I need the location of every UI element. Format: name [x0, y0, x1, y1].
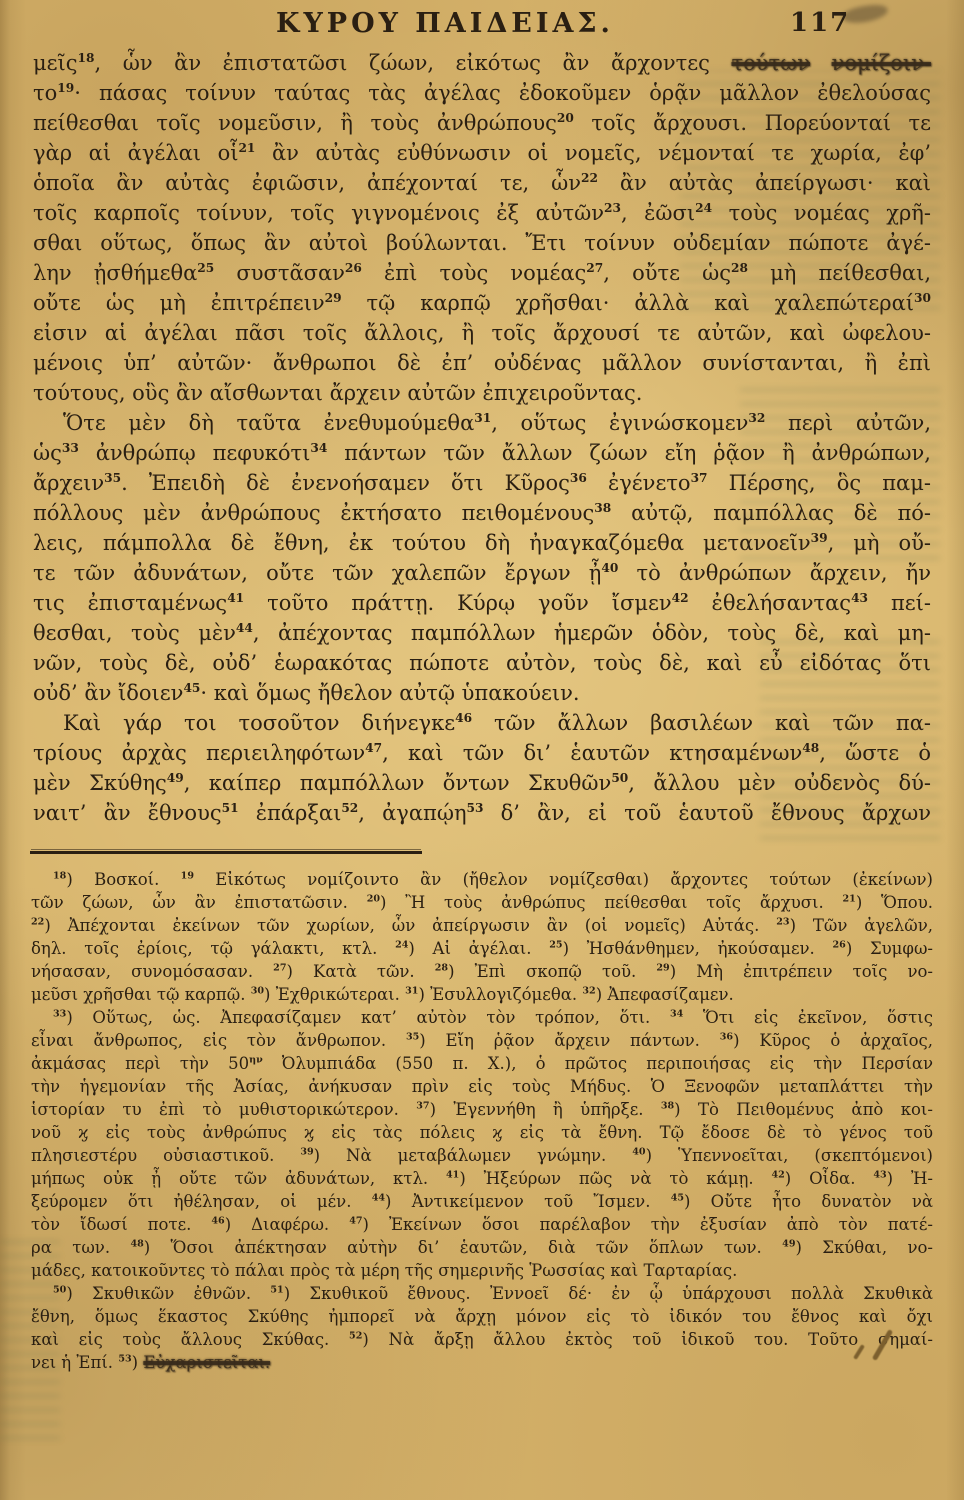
footnote-ref: 41: [227, 591, 244, 605]
text-line: ἄρχειν35. Ἐπειδὴ δὲ ἐνενοήσαμεν ὅτι Κῦρο…: [33, 468, 931, 498]
text-line: Ὅτε μὲν δὴ ταῦτα ἐνεθυμούμεθα31, οὕτως ἐ…: [33, 408, 931, 438]
footnote-ref: 30: [914, 291, 931, 305]
page-title: ΚΥΡΟΥ ΠΑΙΔΕΙΑΣ.: [0, 8, 890, 39]
footnote-ref: 26: [833, 940, 846, 951]
footnote-ref: 30: [251, 986, 264, 997]
struck-out-text: Εὐχαριστεῖται.: [143, 1353, 270, 1372]
footnote-ref: 29: [656, 963, 669, 974]
text-line: σθαι οὕτως, ὅπως ἂν αὐτοὶ βούλωνται. Ἔτι…: [33, 228, 931, 258]
paragraph: Καὶ γάρ τοι τοσοῦτον διήνεγκε46 τῶν ἄλλω…: [33, 708, 931, 828]
text-line: το19· πάσας τοίνυν ταύτας τὰς ἀγέλας ἐδο…: [33, 78, 931, 108]
footnote-ref: 24: [695, 201, 712, 215]
footnote-ref: 40: [601, 561, 618, 575]
footnote-ref: 50: [53, 1285, 66, 1296]
text-line: οὐδ’ ἂν ἴδοιεν45· καὶ ὅμως ἤθελον αὐτῷ ὑ…: [33, 678, 931, 708]
text-line: τὸν ἴδωσί ποτε. 46) Διαφέρω. 47) Ἐκείνων…: [31, 1213, 933, 1236]
footnote-ref: 19: [57, 81, 74, 95]
footnote-ref: 43: [851, 591, 868, 605]
text-line: νῶν, τοὺς δὲ, οὐδ’ ἑωρακότας πώποτε αὐτὸ…: [33, 648, 931, 678]
text-line: λεις, πάμπολλα δὲ ἔθνη, ἐκ τούτου δὴ ἠνα…: [33, 528, 931, 558]
footnote-ref: 44: [236, 621, 253, 635]
footnote-ref: 38: [594, 501, 611, 515]
paragraph: 33) Οὕτως, ὡς. Ἀπεφασίζαμεν κατ’ αὐτὸν τ…: [31, 1006, 933, 1282]
footnote-ref: 25: [197, 261, 214, 275]
text-line: τούτους, οὓς ἂν αἴσθωνται ἄρχειν αὐτῶν ἐ…: [33, 378, 931, 408]
footnote-ref: 22: [581, 171, 598, 185]
footnote-ref: 25: [549, 940, 562, 951]
footnote-ref: 38: [661, 1101, 674, 1112]
footnote-ref: 51: [270, 1285, 283, 1296]
paragraph: Ὅτε μὲν δὴ ταῦτα ἐνεθυμούμεθα31, οὕτως ἐ…: [33, 408, 931, 708]
footnote-ref: 34: [670, 1009, 683, 1020]
footnote-ref: 31: [474, 411, 491, 425]
footnote-ref: 20: [557, 111, 574, 125]
footnote-ref: 32: [582, 986, 595, 997]
footnote-ref: 34: [310, 441, 327, 455]
footnote-ref: 21: [843, 894, 856, 905]
text-line: τε τῶν ἀδυνάτων, οὔτε τῶν χαλεπῶν ἔργων …: [33, 558, 931, 588]
footnote-ref: 23: [776, 917, 789, 928]
footnote-ref: 36: [720, 1032, 733, 1043]
footnote-ref: 28: [731, 261, 748, 275]
footnote-ref: 32: [748, 411, 765, 425]
footnote-ref: 31: [405, 986, 418, 997]
text-line: εἶναι ἄνθρωπος, εἰς τὸν ἄνθρωπον. 35) Εἴ…: [31, 1029, 933, 1052]
text-line: οὔτε ὡς μὴ ἐπιτρέπειν29 τῷ καρπῷ χρῆσθαι…: [33, 288, 931, 318]
main-text-block: μεῖς18, ὧν ἂν ἐπιστατῶσι ζώων, εἰκότως ἂ…: [33, 48, 931, 828]
footnote-ref: 40: [632, 1147, 645, 1158]
footnote-ref: 42: [771, 1170, 784, 1181]
text-line: ἀκμάσας περὶ τὴν 50ην Ὀλυμπιάδα (550 π. …: [31, 1052, 933, 1075]
text-line: 50) Σκυθικῶν ἐθνῶν. 51) Σκυθικοῦ ἔθνους.…: [31, 1282, 933, 1305]
footnote-ref: 20: [367, 894, 380, 905]
text-line: πείθεσθαι τοῖς νομεῦσιν, ἢ τοὺς ἀνθρώπου…: [33, 108, 931, 138]
footnote-ref: 26: [345, 261, 362, 275]
footnote-ref: 35: [406, 1032, 419, 1043]
footnote-ref: 45: [671, 1193, 684, 1204]
footnote-ref: 27: [586, 261, 603, 275]
footnote-ref: 19: [181, 871, 194, 882]
footnote-ref: ην: [249, 1055, 263, 1066]
text-line: λην ᾐσθήμεθα25 συστᾶσαν26 ἐπὶ τοὺς νομέα…: [33, 258, 931, 288]
text-line: ὡς33 ἀνθρώπῳ πεφυκότι34 πάντων τῶν ἄλλων…: [33, 438, 931, 468]
struck-out-text: νομίζοιν-: [832, 51, 931, 75]
text-line: ἔθνη, ὅμως ἕκαστος Σκύθης ἠμπορεῖ νὰ ἄρχ…: [31, 1305, 933, 1328]
footnote-ref: 47: [365, 741, 382, 755]
footnote-ref: 46: [211, 1216, 224, 1227]
text-line: νήσασαν, συνομόσασαν. 27) Κατὰ τῶν. 28) …: [31, 960, 933, 983]
footnote-ref: 18: [78, 51, 95, 65]
footnote-ref: 28: [435, 963, 448, 974]
footnote-ref: 35: [104, 471, 121, 485]
footnotes-block: 18) Βοσκοί. 19 Εἰκότως νομίζοιντο ἂν (ἤθ…: [31, 868, 933, 1374]
footnote-ref: 24: [395, 940, 408, 951]
paragraph: μεῖς18, ὧν ἂν ἐπιστατῶσι ζώων, εἰκότως ἂ…: [33, 48, 931, 408]
text-line: μήπως οὐκ ᾖ οὔτε τῶν ἀδυνάτων, κτλ. 41) …: [31, 1167, 933, 1190]
footnote-ref: 47: [349, 1216, 362, 1227]
text-line: τρίους ἀρχὰς περιειληφότων47, καὶ τῶν δι…: [33, 738, 931, 768]
text-line: τὴν ἡγεμονίαν τῆς Ἀσίας, ἀνήκυσαν πρὶν ε…: [31, 1075, 933, 1098]
footnote-ref: 44: [372, 1193, 385, 1204]
text-line: μάδες, κατοικοῦντες τὸ πάλαι πρὸς τὰ μέρ…: [31, 1259, 933, 1282]
footnote-ref: 48: [130, 1239, 143, 1250]
text-line: θεσθαι, τοὺς μὲν44, ἀπέχοντας παμπόλλων …: [33, 618, 931, 648]
text-line: μὲν Σκύθης49, καίπερ παμπόλλων ὄντων Σκυ…: [33, 768, 931, 798]
footnote-ref: 39: [300, 1147, 313, 1158]
text-line: εἰσιν αἱ ἀγέλαι πᾶσι τοῖς ἄλλοις, ἢ τοῖς…: [33, 318, 931, 348]
footnote-ref: 42: [672, 591, 689, 605]
footnote-ref: 39: [811, 531, 828, 545]
footnote-ref: 21: [238, 141, 255, 155]
footnote-ref: 22: [31, 917, 44, 928]
footnote-ref: 45: [183, 681, 200, 695]
text-line: καὶ εἰς τοὺς ἄλλους Σκύθας. 52) Νὰ ἄρξῃ …: [31, 1328, 933, 1351]
footnote-ref: 49: [782, 1239, 795, 1250]
footnote-ref: 36: [570, 471, 587, 485]
footnote-ref: 18: [53, 871, 66, 882]
footnote-ref: 53: [467, 801, 484, 815]
footnote-ref: 46: [455, 711, 472, 725]
footnote-ref: 33: [53, 1009, 66, 1020]
text-line: νει ἡ Ἐπί. 53) Εὐχαριστεῖται.: [31, 1351, 933, 1374]
page-number: 117: [790, 8, 850, 38]
footnote-ref: 37: [691, 471, 708, 485]
text-line: νοῦ ϗ εἰς τοὺς ἀνθρώπυς ϗ εἰς τὰς πόλεις…: [31, 1121, 933, 1144]
footnote-ref: 27: [273, 963, 286, 974]
text-line: πλησιεστέρυ οὐσιαστικοῦ. 39) Νὰ μεταβάλω…: [31, 1144, 933, 1167]
text-line: 33) Οὕτως, ὡς. Ἀπεφασίζαμεν κατ’ αὐτὸν τ…: [31, 1006, 933, 1029]
footnote-ref: 51: [222, 801, 239, 815]
footnote-separator-rule: [30, 851, 422, 854]
text-line: τοῖς καρποῖς τοίνυν, τοῖς γιγνομένοις ἐξ…: [33, 198, 931, 228]
text-line: μεῦσι χρῆσθαι τῷ καρπῷ. 30) Ἐχθρικώτεραι…: [31, 983, 933, 1006]
text-line: τις ἐπισταμένως41 τοῦτο πράττῃ. Κύρῳ γοῦ…: [33, 588, 931, 618]
text-line: δηλ. τοῖς ἐρίοις, τῷ γάλακτι, κτλ. 24) Α…: [31, 937, 933, 960]
struck-out-text: τούτων: [731, 51, 810, 75]
footnote-ref: 37: [416, 1101, 429, 1112]
footnote-ref: 33: [62, 441, 79, 455]
text-line: ἱστορίαν τυ ἐπὶ τὸ μυθιστορικώτερον. 37)…: [31, 1098, 933, 1121]
footnote-ref: 52: [349, 1331, 362, 1342]
text-line: μένοις ὑπ’ αὐτῶν· ἄνθρωποι δὲ ἐπ’ οὐδένα…: [33, 348, 931, 378]
footnote-ref: 23: [604, 201, 621, 215]
paragraph: 18) Βοσκοί. 19 Εἰκότως νομίζοιντο ἂν (ἤθ…: [31, 868, 933, 1006]
text-line: γὰρ αἱ ἀγέλαι οἷ21 ἂν αὐτὰς εὐθύνωσιν οἱ…: [33, 138, 931, 168]
footnote-ref: 41: [446, 1170, 459, 1181]
text-line: ρα των. 48) Ὅσοι ἀπέκτησαν αὐτὴν δι’ ἑαυ…: [31, 1236, 933, 1259]
text-line: ὁποῖα ἂν αὐτὰς ἐφιῶσιν, ἀπέχονταί τε, ὧν…: [33, 168, 931, 198]
book-page: ΚΥΡΟΥ ΠΑΙΔΕΙΑΣ. 117 μεῖς18, ὧν ἂν ἐπιστα…: [0, 0, 964, 1500]
text-line: πόλλους μὲν ἀνθρώπους ἐκτήσατο πειθομένο…: [33, 498, 931, 528]
footnote-ref: 50: [611, 771, 628, 785]
text-line: 18) Βοσκοί. 19 Εἰκότως νομίζοιντο ἂν (ἤθ…: [31, 868, 933, 891]
footnote-ref: 52: [341, 801, 358, 815]
text-line: ναιτ’ ἂν ἔθνους51 ἐπάρξαι52, ἀγαπῴη53 δ’…: [33, 798, 931, 828]
footnote-ref: 48: [802, 741, 819, 755]
footnote-ref: 49: [167, 771, 184, 785]
text-line: Καὶ γάρ τοι τοσοῦτον διήνεγκε46 τῶν ἄλλω…: [33, 708, 931, 738]
text-line: τῶν ζώων, ὧν ἂν ἐπιστατῶσιν. 20) Ἢ τοὺς …: [31, 891, 933, 914]
text-line: μεῖς18, ὧν ἂν ἐπιστατῶσι ζώων, εἰκότως ἂ…: [33, 48, 931, 78]
footnote-ref: 53: [118, 1354, 131, 1365]
text-line: 22) Ἀπέχονται ἐκείνων τῶν χωρίων, ὧν ἀπε…: [31, 914, 933, 937]
footnote-ref: 43: [873, 1170, 886, 1181]
paragraph: 50) Σκυθικῶν ἐθνῶν. 51) Σκυθικοῦ ἔθνους.…: [31, 1282, 933, 1374]
text-line: ξεύρομεν ὅτι ἠθέλησαν, οἱ μέν. 44) Ἀντικ…: [31, 1190, 933, 1213]
footnote-ref: 29: [325, 291, 342, 305]
